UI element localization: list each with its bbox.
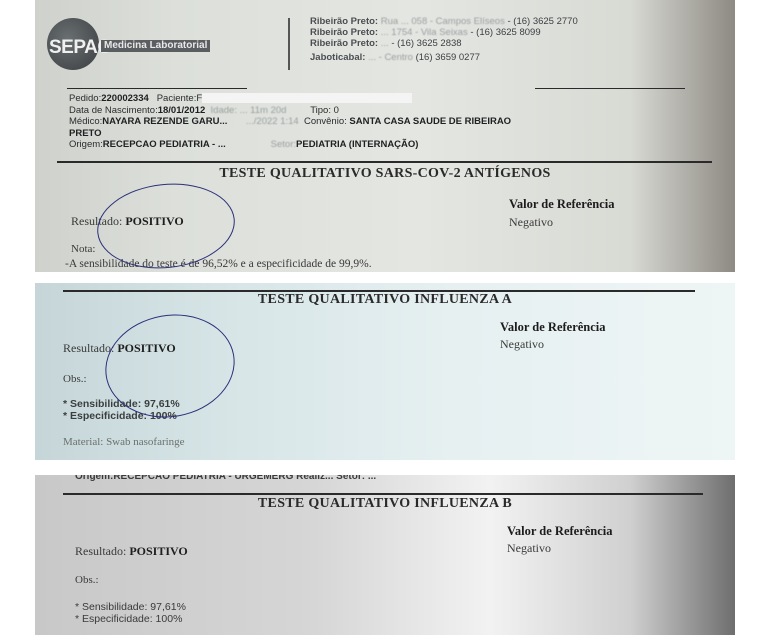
contact-line: Ribeirão Preto: ... - (16) 3625 2838: [310, 38, 578, 49]
divider-line: [67, 88, 247, 89]
material: Material: Swab nasofaringe: [63, 436, 185, 448]
note-text: -A sensibilidade do teste é de 96,52% e …: [65, 258, 372, 270]
contact-line: Ribeirão Preto: ... 1754 - Vila Seixas -…: [310, 27, 578, 38]
obs-label: Obs.:: [75, 574, 99, 586]
divider-line: [535, 88, 685, 89]
patient-info: Pedido:220002334 Paciente:F Data de Nasc…: [69, 93, 511, 151]
redacted-name: [202, 93, 412, 103]
obs-label: Obs.:: [63, 373, 87, 385]
test-title: TESTE QUALITATIVO INFLUENZA A: [35, 292, 735, 308]
report-strip-influenza-b: Origem:RECEPCAO PEDIATRIA - URGEMERG Rea…: [35, 475, 735, 635]
header-divider: [288, 18, 290, 70]
lab-contacts: Ribeirão Preto: Rua ... 058 - Campos Elí…: [310, 16, 578, 63]
reference-value: Negativo: [509, 215, 553, 230]
specificity: * Especificidade: 100%: [75, 613, 182, 625]
reference-header: Valor de Referência: [507, 524, 613, 539]
test-title: TESTE QUALITATIVO SARS-COV-2 ANTÍGENOS: [35, 166, 735, 182]
divider-line: [63, 493, 703, 495]
reference-value: Negativo: [507, 541, 551, 556]
logo-tagline: Medicina Laboratorial: [101, 40, 210, 52]
reference-value: Negativo: [500, 337, 544, 352]
contact-line: Jaboticabal: ... - Centro (16) 3659 0277: [310, 52, 578, 63]
report-strip-sars-cov-2: SEPAC Medicina Laboratorial Ribeirão Pre…: [35, 0, 735, 272]
contact-line: Ribeirão Preto: Rua ... 058 - Campos Elí…: [310, 16, 578, 27]
result-line: Resultado: POSITIVO: [75, 544, 188, 559]
note-label: Nota:: [71, 243, 95, 255]
sensitivity: * Sensibilidade: 97,61%: [75, 601, 186, 613]
reference-header: Valor de Referência: [509, 197, 615, 212]
test-title: TESTE QUALITATIVO INFLUENZA B: [35, 496, 735, 512]
origin-partial: Origem:RECEPCAO PEDIATRIA - URGEMERG Rea…: [75, 475, 376, 482]
divider-line: [57, 161, 712, 163]
report-strip-influenza-a: TESTE QUALITATIVO INFLUENZA A Valor de R…: [35, 283, 735, 460]
reference-header: Valor de Referência: [500, 320, 606, 335]
